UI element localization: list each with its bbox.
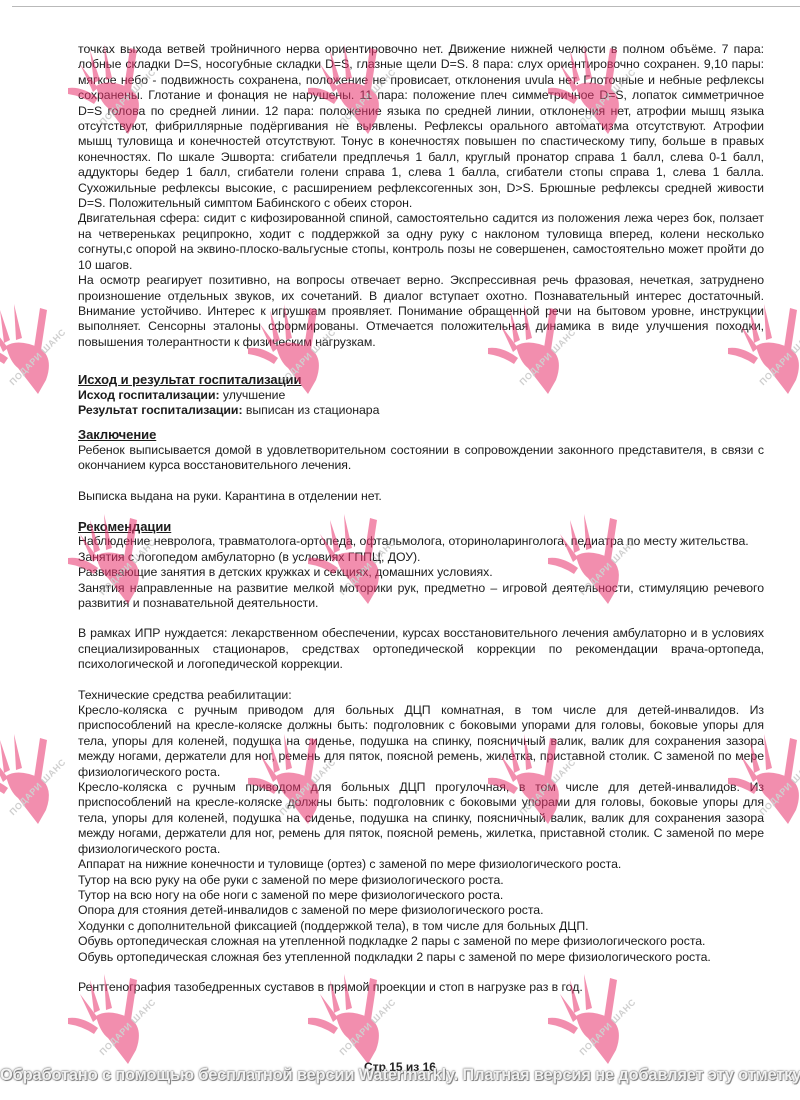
result-row: Результат госпитализации: выписан из ста… (78, 403, 764, 418)
recommendation-item: Занятия направленные на развитие мелкой … (78, 581, 764, 612)
tsr-item: Ходунки с дополнительной фиксацией (подд… (78, 919, 764, 934)
tsr-title: Технические средства реабилитации: (78, 688, 764, 703)
tsr-item: Кресло-коляска с ручным приводом для бол… (78, 780, 764, 857)
outcome-label: Исход госпитализации: (78, 388, 220, 402)
recommendation-item: Наблюдение невролога, травматолога-ортоп… (78, 534, 764, 549)
watermark-logo-text: ПОДАРИ ШАНС (7, 327, 67, 387)
tsr-item: Обувь ортопедическая сложная без утеплен… (78, 950, 764, 965)
outcome-row: Исход госпитализации: улучшение (78, 388, 764, 403)
tsr-item: Тутор на всю руку на обе руки с заменой … (78, 873, 764, 888)
tsr-item: Тутор на всю ногу на обе ноги с заменой … (78, 888, 764, 903)
tsr-item: Кресло-коляска с ручным приводом для бол… (78, 703, 764, 780)
exam-paragraph-neuro: точках выхода ветвей тройничного нерва о… (78, 42, 764, 211)
tsr-item: Аппарат на нижние конечности и туловище … (78, 857, 764, 872)
conclusion-title: Заключение (78, 427, 764, 442)
top-rule (12, 6, 800, 7)
tsr-item: Опора для стояния детей-инвалидов с заме… (78, 903, 764, 918)
xray-recommendation: Рентгенография тазобедренных суставов в … (78, 980, 764, 995)
result-label: Результат госпитализации: (78, 403, 243, 417)
watermark-logo-text: ПОДАРИ ШАНС (7, 757, 67, 817)
watermark-logo-text: ПОДАРИ ШАНС (337, 997, 397, 1057)
hand-logo-watermark-icon: ПОДАРИ ШАНС (0, 290, 80, 410)
exam-paragraph-motor: Двигательная сфера: сидит с кифозированн… (78, 211, 764, 273)
watermark-logo-text: ПОДАРИ ШАНС (97, 997, 157, 1057)
watermark-banner: Обработано с помощью бесплатной версии W… (0, 1066, 800, 1085)
conclusion-text: Ребенок выписывается домой в удовлетвори… (78, 443, 764, 474)
recommendations-title: Рекомендации (78, 519, 764, 534)
recommendation-item: Развивающие занятия в детских кружках и … (78, 565, 764, 580)
exam-paragraph-speech: На осмотр реагирует позитивно, на вопрос… (78, 273, 764, 350)
conclusion-note: Выписка выдана на руки. Карантина в отде… (78, 489, 764, 504)
tsr-item: Обувь ортопедическая сложная на утепленн… (78, 934, 764, 949)
recommendation-item: Занятия с логопедом амбулаторно (в услов… (78, 550, 764, 565)
hand-logo-watermark-icon: ПОДАРИ ШАНС (0, 720, 80, 840)
ipr-text: В рамках ИПР нуждается: лекарственном об… (78, 626, 764, 672)
watermark-logo-text: ПОДАРИ ШАНС (577, 997, 637, 1057)
document-page: точках выхода ветвей тройничного нерва о… (78, 42, 764, 995)
result-value: выписан из стационара (243, 403, 380, 417)
outcome-title: Исход и результат госпитализации (78, 372, 764, 387)
outcome-value: улучшение (220, 388, 286, 402)
